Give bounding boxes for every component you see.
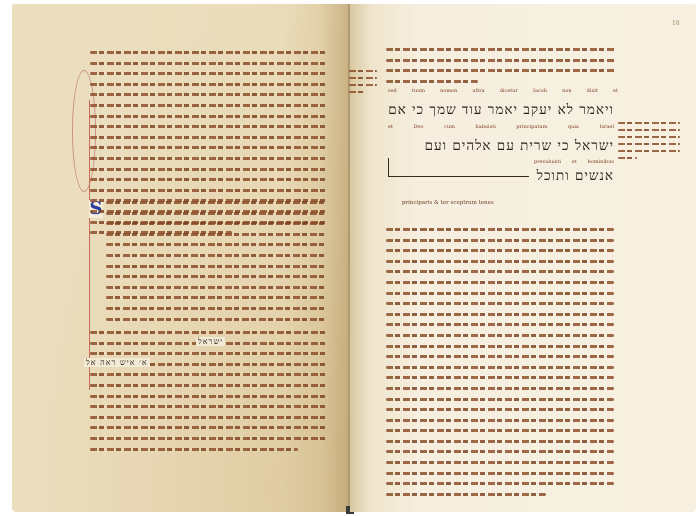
hebrew-line-2: ישראל כי שרית עם אלהים ועם xyxy=(386,138,614,154)
folio-number: 18 xyxy=(672,20,680,27)
left-main-text-continued xyxy=(106,201,326,328)
left-page: S ישראל א׳ איש ראה אל xyxy=(12,4,350,512)
heading-line: principaris & ter sceptrum tenes xyxy=(402,200,494,206)
hebrew-line-1: ויאמר לא יעקב יאמר עוד שמך כי אם xyxy=(386,102,614,118)
right-main-text xyxy=(386,228,614,503)
right-page: 18 sed tuum nomen ultra dicetur Iacob no… xyxy=(350,4,696,512)
left-margin-note xyxy=(349,70,377,98)
gloss-row-1: sed tuum nomen ultra dicetur Iacob non d… xyxy=(388,88,618,94)
right-margin-note xyxy=(618,122,680,164)
gloss-row-2: et Deo cum habuisti principatum quia Isr… xyxy=(388,124,614,130)
gloss-row-3: prevaluisti et hominibus xyxy=(534,159,614,165)
right-intro-text xyxy=(386,48,616,90)
underline-bracket xyxy=(388,158,529,177)
hebrew-line-3: אנשים ותוכל xyxy=(532,168,614,184)
hebrew-inline-phrase: א׳ איש ראה אל xyxy=(84,358,150,367)
manuscript-spread: S ישראל א׳ איש ראה אל 18 xyxy=(0,0,700,516)
left-main-text-lower xyxy=(90,331,326,458)
hebrew-inline-word: ישראל xyxy=(196,337,225,346)
